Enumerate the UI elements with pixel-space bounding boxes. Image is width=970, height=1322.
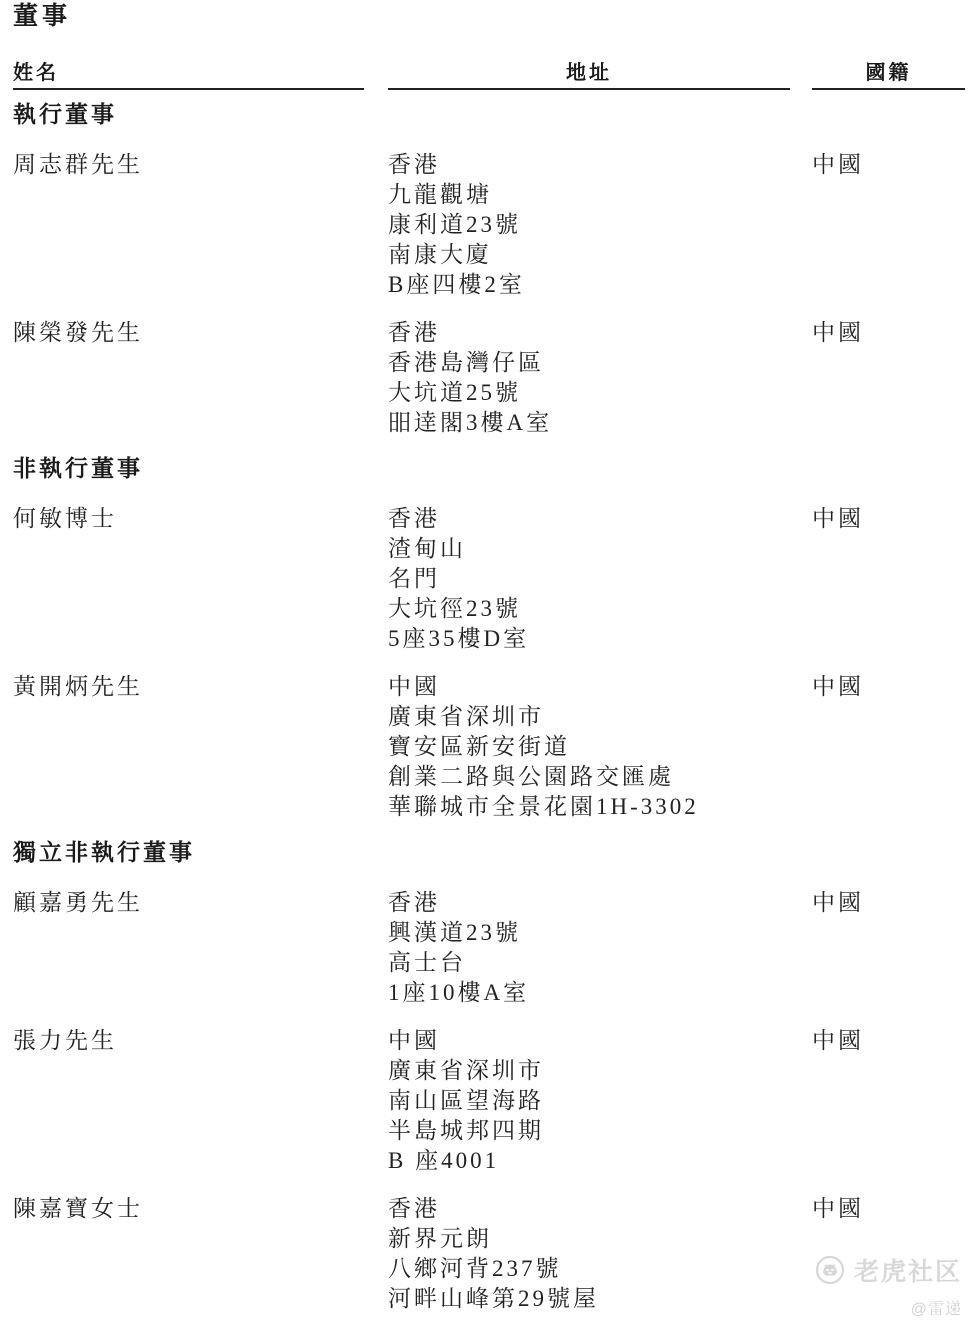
column-header-address: 地址: [388, 62, 790, 90]
director-name: 黃開炳先生: [13, 672, 388, 822]
director-nationality: 中國: [812, 888, 970, 1008]
director-address: 香港九龍觀塘康利道23號南康大廈B座四樓2室: [388, 150, 812, 300]
section-heading: 獨立非執行董事: [13, 840, 970, 866]
address-line: 昍逹閣3樓A室: [388, 408, 812, 438]
tiger-logo-icon: [815, 1255, 845, 1285]
address-line: 香港: [388, 1194, 812, 1224]
column-header-nationality-cell: 國籍: [812, 62, 970, 90]
director-row: 周志群先生 香港九龍觀塘康利道23號南康大廈B座四樓2室 中國: [13, 150, 970, 300]
director-address: 中國廣東省深圳市南山區望海路半島城邦四期B 座4001: [388, 1026, 812, 1176]
watermark-brand-text: 老虎社区: [854, 1252, 962, 1288]
address-line: 創業二路與公園路交匯處: [388, 762, 812, 792]
column-header-nationality: 國籍: [812, 62, 965, 90]
director-address: 香港渣甸山名門大坑徑23號5座35樓D室: [388, 504, 812, 654]
director-row: 張力先生 中國廣東省深圳市南山區望海路半島城邦四期B 座4001 中國: [13, 1026, 970, 1176]
director-name: 顧嘉勇先生: [13, 888, 388, 1008]
address-line: B 座4001: [388, 1146, 812, 1176]
director-nationality: 中國: [812, 1026, 970, 1176]
column-header-name: 姓名: [13, 62, 364, 90]
address-line: 中國: [388, 1026, 812, 1056]
director-name: 張力先生: [13, 1026, 388, 1176]
section-rows: 顧嘉勇先生 香港興漢道23號高士台1座10樓A室 中國 張力先生 中國廣東省深圳…: [13, 888, 970, 1314]
address-line: 5座35樓D室: [388, 624, 812, 654]
section-rows: 周志群先生 香港九龍觀塘康利道23號南康大廈B座四樓2室 中國 陳榮發先生 香港…: [13, 150, 970, 438]
address-line: 九龍觀塘: [388, 180, 812, 210]
director-nationality: 中國: [812, 150, 970, 300]
director-address: 香港新界元朗八鄉河背237號河畔山峰第29號屋: [388, 1194, 812, 1314]
address-line: 新界元朗: [388, 1224, 812, 1254]
director-section: 獨立非執行董事 顧嘉勇先生 香港興漢道23號高士台1座10樓A室 中國 張力先生…: [13, 840, 970, 1314]
page-title: 董事: [0, 0, 970, 32]
director-row: 顧嘉勇先生 香港興漢道23號高士台1座10樓A室 中國: [13, 888, 970, 1008]
table-header-row: 姓名 地址 國籍: [13, 62, 970, 90]
section-heading: 非執行董事: [13, 456, 970, 482]
director-row: 陳榮發先生 香港香港島灣仔區大坑道25號昍逹閣3樓A室 中國: [13, 318, 970, 438]
address-line: 香港: [388, 150, 812, 180]
address-line: B座四樓2室: [388, 270, 812, 300]
directors-table: 執行董事 周志群先生 香港九龍觀塘康利道23號南康大廈B座四樓2室 中國 陳榮發…: [13, 102, 970, 1314]
director-name: 陳嘉寶女士: [13, 1194, 388, 1314]
director-nationality: 中國: [812, 318, 970, 438]
address-line: 香港: [388, 504, 812, 534]
address-line: 渣甸山: [388, 534, 812, 564]
address-line: 大坑徑23號: [388, 594, 812, 624]
address-line: 八鄉河背237號: [388, 1254, 812, 1284]
address-line: 廣東省深圳市: [388, 702, 812, 732]
address-line: 寶安區新安街道: [388, 732, 812, 762]
address-line: 大坑道25號: [388, 378, 812, 408]
watermark: 老虎社区 @雷递: [815, 1252, 962, 1319]
watermark-brand-row: 老虎社区: [815, 1252, 962, 1288]
address-line: 康利道23號: [388, 210, 812, 240]
watermark-author-handle: @雷递: [815, 1296, 962, 1319]
director-row: 何敏博士 香港渣甸山名門大坑徑23號5座35樓D室 中國: [13, 504, 970, 654]
director-nationality: 中國: [812, 504, 970, 654]
address-line: 高士台: [388, 948, 812, 978]
address-line: 香港: [388, 318, 812, 348]
address-line: 香港: [388, 888, 812, 918]
address-line: 河畔山峰第29號屋: [388, 1284, 812, 1314]
director-address: 香港興漢道23號高士台1座10樓A室: [388, 888, 812, 1008]
address-line: 南山區望海路: [388, 1086, 812, 1116]
address-line: 南康大廈: [388, 240, 812, 270]
address-line: 1座10樓A室: [388, 978, 812, 1008]
director-section: 非執行董事 何敏博士 香港渣甸山名門大坑徑23號5座35樓D室 中國 黃開炳先生…: [13, 456, 970, 822]
director-section: 執行董事 周志群先生 香港九龍觀塘康利道23號南康大廈B座四樓2室 中國 陳榮發…: [13, 102, 970, 438]
address-line: 名門: [388, 564, 812, 594]
director-nationality: 中國: [812, 672, 970, 822]
address-line: 香港島灣仔區: [388, 348, 812, 378]
address-line: 中國: [388, 672, 812, 702]
column-header-name-cell: 姓名: [13, 62, 388, 90]
director-address: 香港香港島灣仔區大坑道25號昍逹閣3樓A室: [388, 318, 812, 438]
column-header-address-cell: 地址: [388, 62, 812, 90]
section-rows: 何敏博士 香港渣甸山名門大坑徑23號5座35樓D室 中國 黃開炳先生 中國廣東省…: [13, 504, 970, 822]
director-name: 陳榮發先生: [13, 318, 388, 438]
director-name: 何敏博士: [13, 504, 388, 654]
section-heading: 執行董事: [13, 102, 970, 128]
address-line: 半島城邦四期: [388, 1116, 812, 1146]
address-line: 廣東省深圳市: [388, 1056, 812, 1086]
address-line: 興漢道23號: [388, 918, 812, 948]
director-name: 周志群先生: [13, 150, 388, 300]
director-address: 中國廣東省深圳市寶安區新安街道創業二路與公園路交匯處華聯城市全景花園1H-330…: [388, 672, 812, 822]
director-row: 黃開炳先生 中國廣東省深圳市寶安區新安街道創業二路與公園路交匯處華聯城市全景花園…: [13, 672, 970, 822]
prospectus-directors-page: 董事 姓名 地址 國籍 執行董事 周志群先生 香港九龍觀塘康利道23號南康大廈B…: [0, 0, 970, 1322]
address-line: 華聯城市全景花園1H-3302: [388, 792, 812, 822]
